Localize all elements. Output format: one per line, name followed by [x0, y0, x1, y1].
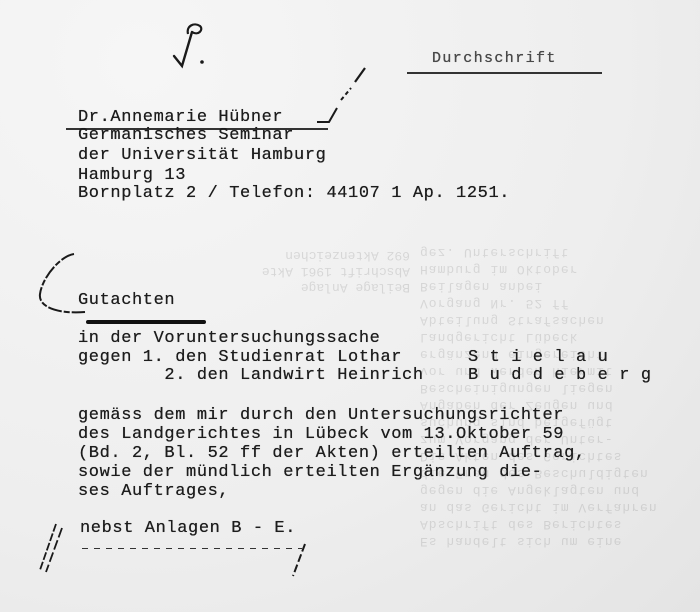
case-line: in der Voruntersuchungssache: [78, 329, 380, 348]
defendant-1-prefix: gegen 1. den Studienrat Lothar: [78, 348, 402, 367]
handwritten-slash-mark-bottom: [285, 540, 315, 580]
attachments-line: nebst Anlagen B - E.: [80, 519, 296, 538]
sender-name: Dr.Annemarie Hübner: [78, 108, 283, 127]
body-line-2: des Landgerichtes in Lübeck vom 13.Oktob…: [78, 425, 564, 444]
body-line-5: ses Auftrages,: [78, 482, 229, 501]
handwritten-page-mark: [160, 10, 230, 70]
handwritten-double-slash-mark: [34, 520, 64, 575]
sender-city: Hamburg 13: [78, 166, 186, 185]
sender-institution-line2: der Universität Hamburg: [78, 146, 326, 165]
attachments-underline: [82, 548, 302, 549]
sender-institution-line1: Germanisches Seminar: [78, 126, 294, 145]
copy-stamp-underline: [407, 72, 602, 74]
body-line-1: gemäss dem mir durch den Untersuchungsri…: [78, 406, 564, 425]
body-line-4: sowie der mündlich erteilten Ergänzung d…: [78, 463, 542, 482]
reverse-side-bleed-through-middle: Beilage Anlage Abschrift 1961 Akte 692 A…: [170, 195, 410, 295]
body-line-3: (Bd. 2, Bl. 52 ff der Akten) erteilten A…: [78, 444, 586, 463]
defendant-2-prefix: 2. den Landwirt Heinrich: [78, 366, 424, 385]
defendant-2-surname: B u d d e b e r g: [468, 366, 652, 385]
title-strikethrough-bar: [86, 320, 206, 324]
handwritten-slash-mark: [315, 60, 375, 130]
copy-stamp: Durchschrift: [432, 50, 557, 67]
defendant-1-surname: S t i e l a u: [468, 348, 608, 367]
scanned-document-page: Es handelt sich um eine Abschrift des Be…: [0, 0, 700, 612]
document-title: Gutachten: [78, 291, 175, 310]
sender-address-phone: Bornplatz 2 / Telefon: 44107 1 Ap. 1251.: [78, 184, 510, 203]
